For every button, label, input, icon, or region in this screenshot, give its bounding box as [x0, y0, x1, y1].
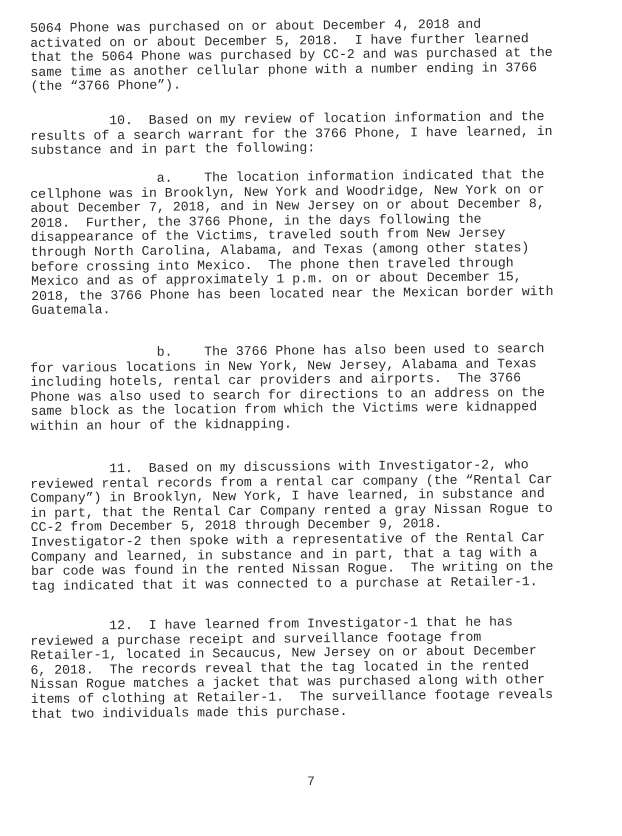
- paragraph-12: 12. I have learned from Investigator-1 t…: [30, 615, 601, 723]
- paragraph-intro: 5064 Phone was purchased on or about Dec…: [30, 17, 601, 95]
- text-line: substance and in part the following:: [30, 139, 600, 159]
- paragraph-10b: b. The 3766 Phone has also been used to …: [30, 342, 601, 435]
- paragraph-10: 10. Based on my review of location infor…: [30, 110, 600, 159]
- paragraph-10a: a. The location information indicated th…: [30, 168, 601, 319]
- text-line: (the “3766 Phone”).: [31, 75, 601, 95]
- text-line: within an hour of the kidnapping.: [31, 414, 601, 434]
- text-line: tag indicated that it was connected to a…: [31, 574, 601, 594]
- paragraph-11: 11. Based on my discussions with Investi…: [30, 458, 601, 595]
- page-number: 7: [0, 774, 622, 789]
- document-page: 5064 Phone was purchased on or about Dec…: [0, 0, 622, 836]
